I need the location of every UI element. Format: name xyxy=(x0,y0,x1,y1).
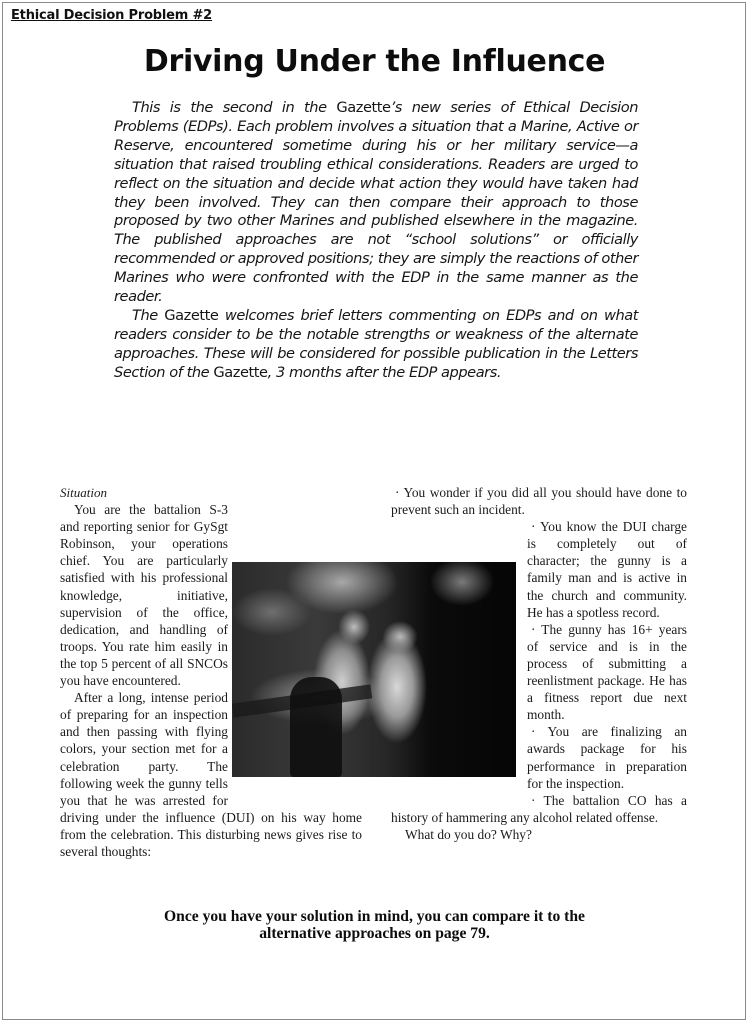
photo-detail xyxy=(290,677,342,777)
gazette-name: Gazette xyxy=(336,99,390,116)
closing-note: Once you have your solution in mind, you… xyxy=(0,908,749,942)
intro-text: , 3 months after the EDP appears. xyxy=(268,364,502,381)
intro-block: This is the second in the Gazette’s new … xyxy=(114,99,638,383)
gazette-name: Gazette xyxy=(164,307,218,324)
article-photo xyxy=(232,562,516,777)
gazette-name: Gazette xyxy=(213,364,267,381)
situation-p1-text: You are the battalion S-3 and reporting … xyxy=(60,502,228,688)
closing-line-2: alternative approaches on page 79. xyxy=(0,925,749,942)
intro-paragraph-1: This is the second in the Gazette’s new … xyxy=(114,99,638,307)
series-kicker: Ethical Decision Problem #2 xyxy=(11,8,212,23)
intro-paragraph-2: The Gazette welcomes brief letters comme… xyxy=(114,307,638,383)
thought-bullet: · The battalion CO has a history of hamm… xyxy=(391,792,687,826)
intro-text: The xyxy=(132,307,164,324)
intro-text: This is the second in the xyxy=(132,99,336,116)
closing-line-1: Once you have your solution in mind, you… xyxy=(0,908,749,925)
closing-question: What do you do? Why? xyxy=(391,826,687,843)
intro-text: ’s new series of Ethical Decision Proble… xyxy=(114,99,638,305)
thought-bullet: · You wonder if you did all you should h… xyxy=(391,484,687,518)
article-title: Driving Under the Influence xyxy=(0,44,749,79)
section-heading-situation: Situation xyxy=(60,484,362,501)
